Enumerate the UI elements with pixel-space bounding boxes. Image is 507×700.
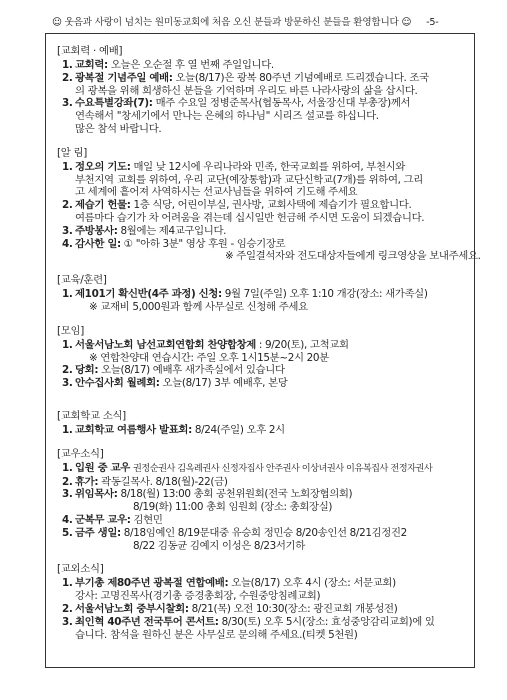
section-title: [교회학교 소식]	[57, 410, 464, 423]
item-label: 제습기 헌물:	[75, 199, 131, 211]
item-number: 5.	[62, 527, 72, 540]
section-title: [교육/훈련]	[57, 274, 464, 287]
item-number: 2.	[62, 603, 72, 616]
item-number: 1.	[62, 339, 72, 352]
item-text: 오늘(8/17)은 광복 80주년 기념예배로 드리겠습니다. 조국	[175, 72, 428, 84]
item-number: 3.	[62, 97, 72, 110]
section-notices: [알 림] 1. 정오의 기도: 매일 낮 12시에 우리나라와 민족, 한국교…	[57, 147, 464, 263]
item-label: 입원 중 교우	[75, 462, 130, 474]
list-item: 3. 안수집사회 월례회: 오늘(8/17) 3부 예배후, 본당	[62, 377, 464, 390]
list-item: 4. 군복무 교우: 김현민	[62, 514, 464, 527]
item-label: 위임목사:	[75, 488, 118, 500]
item-number: 4.	[62, 238, 72, 251]
section-title: [교우소식]	[57, 448, 464, 461]
section-meetings: [모임] 1. 서울서남노회 남선교회연합회 찬양합창제 : 9/20(토), …	[57, 325, 464, 390]
item-text: : 9/20(토), 고척교회	[259, 339, 349, 351]
item-text: 오늘(8/17) 예배후 새가족실에서 있습니다	[101, 364, 285, 376]
item-label: 서울서남노회 남선교회연합회 찬양합창제	[75, 339, 256, 351]
item-note: ※ 교재비 5,000원과 함께 사무실로 신청해 주세요	[75, 301, 464, 314]
section-title: [알 림]	[57, 147, 464, 160]
item-label: 교회력:	[75, 59, 108, 71]
section-church-school-news: [교회학교 소식] 1. 교회학교 여름행사 발표회: 8/24(주일) 오후 …	[57, 410, 464, 437]
section-title: [모임]	[57, 325, 464, 338]
item-text: 8/22 김동균 김예지 이성은 8/23서기하	[75, 540, 464, 553]
item-text: 8/19(화) 11:00 총회 임원회 (장소: 총회장실)	[75, 501, 464, 514]
section-church-calendar-worship: [교회력 · 예배] 1. 교회력: 오늘은 오순절 후 열 번째 주일입니다.…	[57, 45, 464, 136]
item-text: 8/24(주일) 오후 2시	[195, 424, 285, 436]
item-text: 8/30(토) 오후 5시(장소: 효성중앙감리교회)에 있	[222, 616, 435, 628]
list-item: 1. 교회학교 여름행사 발표회: 8/24(주일) 오후 2시	[62, 424, 464, 437]
list-item: 2. 당회: 오늘(8/17) 예배후 새가족실에서 있습니다	[62, 364, 464, 377]
item-text: 김현민	[133, 514, 162, 526]
list-item: 3. 수요특별강좌(7): 매주 수요일 정병준목사(협동목사, 서울장신대 부…	[62, 97, 464, 135]
item-number: 1.	[62, 59, 72, 72]
item-note: ※ 연합찬양대 연습시간: 주일 오후 1시15분~2시 20분	[75, 352, 464, 365]
item-label: 정오의 기도:	[75, 161, 131, 173]
item-label: 최인혁 40주년 전국투어 콘서트:	[75, 616, 219, 628]
item-text: 여름마다 습기가 차 어려움을 겪는데 십시일반 헌금해 주시면 도움이 되겠습…	[75, 212, 464, 225]
item-text: 곽동길목사. 8/18(월)-22(금)	[101, 476, 227, 488]
section-title: [교외소식]	[57, 563, 464, 576]
item-text: 8/21(목) 오전 10:30(장소: 광진교회 개봉성전)	[192, 603, 398, 615]
item-number: 2.	[62, 364, 72, 377]
item-text: 9월 7일(주일) 오후 1:10 개강(장소: 새가족실)	[225, 288, 428, 300]
item-number: 1.	[62, 462, 72, 475]
list-item: 1. 교회력: 오늘은 오순절 후 열 번째 주일입니다.	[62, 59, 464, 72]
item-label: 당회:	[75, 364, 98, 376]
item-number: 1.	[62, 288, 72, 301]
list-item: 3. 주방봉사: 8월에는 제4교구입니다.	[62, 225, 464, 238]
item-label: 안수집사회 월례회:	[75, 377, 160, 389]
item-number: 4.	[62, 514, 72, 527]
item-label: 감사한 일:	[75, 238, 121, 250]
item-text: 오늘(8/17) 3부 예배후, 본당	[163, 377, 288, 389]
item-text: 연속해서 "창세기에서 만나는 은혜의 하나님" 시리즈 설교를 하십니다.	[75, 110, 464, 123]
item-text: 8/18(월) 13:00 총회 공천위원회(전국 노회장협의회)	[121, 488, 353, 500]
item-label: 휴가:	[75, 476, 98, 488]
item-text: 오늘은 오순절 후 열 번째 주일입니다.	[111, 59, 274, 71]
item-number: 3.	[62, 616, 72, 629]
item-number: 3.	[62, 225, 72, 238]
list-item: 1. 정오의 기도: 매일 낮 12시에 우리나라와 민족, 한국교회를 위하여…	[62, 161, 464, 199]
item-text: 매일 낮 12시에 우리나라와 민족, 한국교회를 위하여, 부천시와	[133, 161, 405, 173]
item-label: 부기총 제80주년 광복절 연합예배:	[75, 577, 228, 589]
item-number: 2.	[62, 199, 72, 212]
item-label: 광복절 기념주일 예배:	[75, 72, 173, 84]
item-text: 많은 참석 바랍니다.	[75, 123, 464, 136]
list-item: 2. 광복절 기념주일 예배: 오늘(8/17)은 광복 80주년 기념예배로 …	[62, 72, 464, 98]
page-header: ☺ 웃음과 사랑이 넘치는 원미동교회에 처음 오신 분들과 방문하신 분들을 …	[52, 14, 502, 28]
item-text: 1층 식당, 어린이부실, 권사방, 교회사택에 제습기가 필요합니다.	[133, 199, 411, 211]
item-text: 의 광복을 위해 희생하신 분들을 기억하며 우리도 바른 나라사랑의 삶을 삽…	[75, 85, 464, 98]
list-item: 1. 부기총 제80주년 광복절 연합예배: 오늘(8/17) 오후 4시 (장…	[62, 577, 464, 603]
list-item: 1. 제101기 확신반(4주 과정) 신청: 9월 7일(주일) 오후 1:1…	[62, 288, 464, 314]
item-note: ※ 주일결석자와 전도대상자들에게 링크영상을 보내주세요.	[75, 250, 464, 263]
item-number: 3.	[62, 488, 72, 501]
item-text: 부천지역 교회를 위하여, 우리 교단(예장통합)과 교단신학교(7개)를 위하…	[75, 174, 464, 187]
item-text: 8월에는 제4교구입니다.	[121, 225, 227, 237]
list-item: 2. 제습기 헌물: 1층 식당, 어린이부실, 권사방, 교회사택에 제습기가…	[62, 199, 464, 225]
list-item: 1. 서울서남노회 남선교회연합회 찬양합창제 : 9/20(토), 고척교회 …	[62, 339, 464, 365]
item-text: 강사: 고명진목사(경기총 증경총회장, 수원중앙침례교회)	[75, 590, 464, 603]
item-text: 매주 수요일 정병준목사(협동목사, 서울장신대 부총장)께서	[156, 97, 411, 109]
item-text: 고 세계에 흩어져 사역하시는 선교사님들을 위하여 기도해 주세요	[75, 186, 464, 199]
page-number: -5-	[426, 17, 438, 28]
section-member-news: [교우소식] 1. 입원 중 교우 권정순권사 김옥례권사 신정자집사 안주권사…	[57, 448, 464, 553]
item-text: 오늘(8/17) 오후 4시 (장소: 서문교회)	[231, 577, 396, 589]
list-item: 2. 휴가: 곽동길목사. 8/18(월)-22(금)	[62, 476, 464, 489]
item-label: 주방봉사:	[75, 225, 118, 237]
section-education-training: [교육/훈련] 1. 제101기 확신반(4주 과정) 신청: 9월 7일(주일…	[57, 274, 464, 314]
list-item: 3. 최인혁 40주년 전국투어 콘서트: 8/30(토) 오후 5시(장소: …	[62, 616, 464, 642]
item-number: 2.	[62, 72, 72, 85]
list-item: 1. 입원 중 교우 권정순권사 김옥례권사 신정자집사 안주권사 이상녀권사 …	[62, 462, 464, 476]
announcements-box: [교회력 · 예배] 1. 교회력: 오늘은 오순절 후 열 번째 주일입니다.…	[45, 33, 475, 668]
section-external-news: [교외소식] 1. 부기총 제80주년 광복절 연합예배: 오늘(8/17) 오…	[57, 563, 464, 641]
item-text: ① "아하 3분" 영상 후원 - 임승기장로	[124, 238, 285, 250]
item-number: 1.	[62, 161, 72, 174]
list-item: 5. 금주 생일: 8/18임예인 8/19문대중 유승희 정민승 8/20송인…	[62, 527, 464, 553]
item-text: 습니다. 참석을 원하신 분은 사무실로 문의해 주세요.(티켓 5천원)	[75, 629, 464, 642]
item-label: 교회학교 여름행사 발표회:	[75, 424, 192, 436]
section-title: [교회력 · 예배]	[57, 45, 464, 58]
list-item: 3. 위임목사: 8/18(월) 13:00 총회 공천위원회(전국 노회장협의…	[62, 488, 464, 514]
item-text: 권정순권사 김옥례권사 신정자집사 안주권사 이상녀권사 이유복집사 전정자권사	[133, 463, 432, 474]
item-label: 금주 생일:	[75, 527, 121, 539]
item-label: 서울서남노회 중부시찰회:	[75, 603, 189, 615]
list-item: 2. 서울서남노회 중부시찰회: 8/21(목) 오전 10:30(장소: 광진…	[62, 603, 464, 616]
welcome-banner-text: ☺ 웃음과 사랑이 넘치는 원미동교회에 처음 오신 분들과 방문하신 분들을 …	[52, 17, 411, 28]
list-item: 4. 감사한 일: ① "아하 3분" 영상 후원 - 임승기장로 ※ 주일결석…	[62, 238, 464, 264]
item-label: 군복무 교우:	[75, 514, 131, 526]
item-number: 1.	[62, 577, 72, 590]
item-label: 제101기 확신반(4주 과정) 신청:	[75, 288, 222, 300]
item-label: 수요특별강좌(7):	[75, 97, 153, 109]
item-number: 2.	[62, 476, 72, 489]
item-text: 8/18임예인 8/19문대중 유승희 정민승 8/20송인선 8/21김정진2	[124, 527, 407, 539]
item-number: 3.	[62, 377, 72, 390]
item-number: 1.	[62, 424, 72, 437]
